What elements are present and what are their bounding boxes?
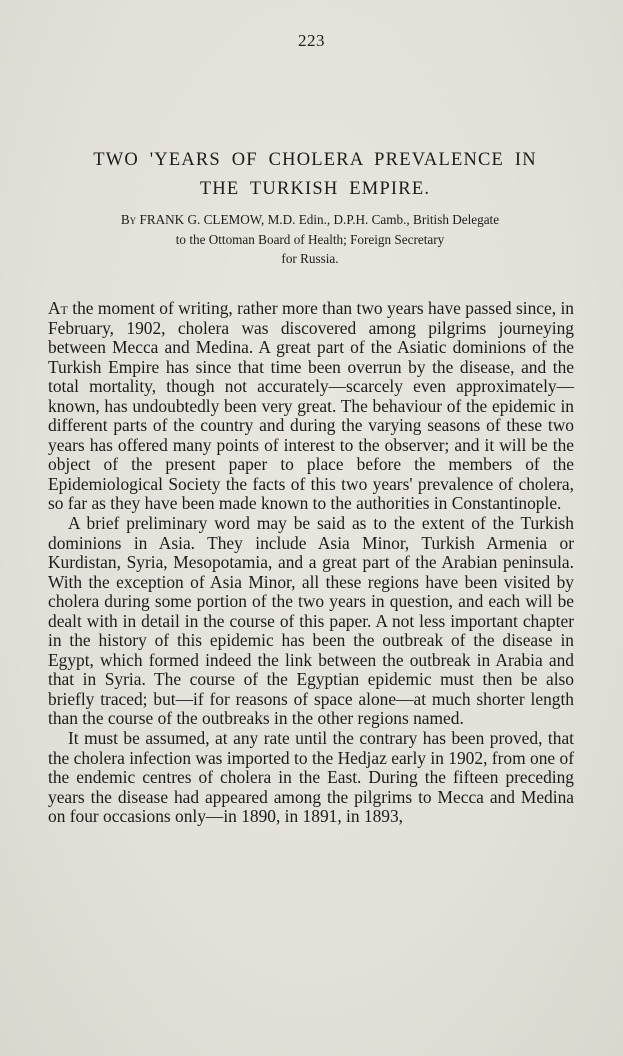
paragraph-1-lead: At	[48, 298, 68, 318]
article-title: TWO 'YEARS OF CHOLERA PREVALENCE IN THE …	[40, 146, 590, 204]
paragraph-2: A brief preliminary word may be said as …	[48, 514, 574, 729]
paragraph-3: It must be assumed, at any rate until th…	[48, 729, 574, 827]
byline-line-3: for Russia.	[50, 249, 570, 269]
title-line-1: TWO 'YEARS OF CHOLERA PREVALENCE IN	[40, 146, 590, 175]
byline-by: By	[121, 212, 136, 227]
body-text: At the moment of writing, rather more th…	[48, 299, 574, 827]
page-number: 223	[0, 31, 623, 51]
title-line-2: THE TURKISH EMPIRE.	[40, 175, 590, 204]
byline: By FRANK G. CLEMOW, M.D. Edin., D.P.H. C…	[50, 210, 570, 269]
byline-line-1: By FRANK G. CLEMOW, M.D. Edin., D.P.H. C…	[50, 210, 570, 230]
byline-line-2: to the Ottoman Board of Health; Foreign …	[50, 230, 570, 250]
paragraph-1: At the moment of writing, rather more th…	[48, 299, 574, 514]
byline-author: FRANK G. CLEMOW, M.D. Edin., D.P.H. Camb…	[139, 212, 499, 227]
paragraph-1-text: the moment of writing, rather more than …	[48, 298, 574, 513]
